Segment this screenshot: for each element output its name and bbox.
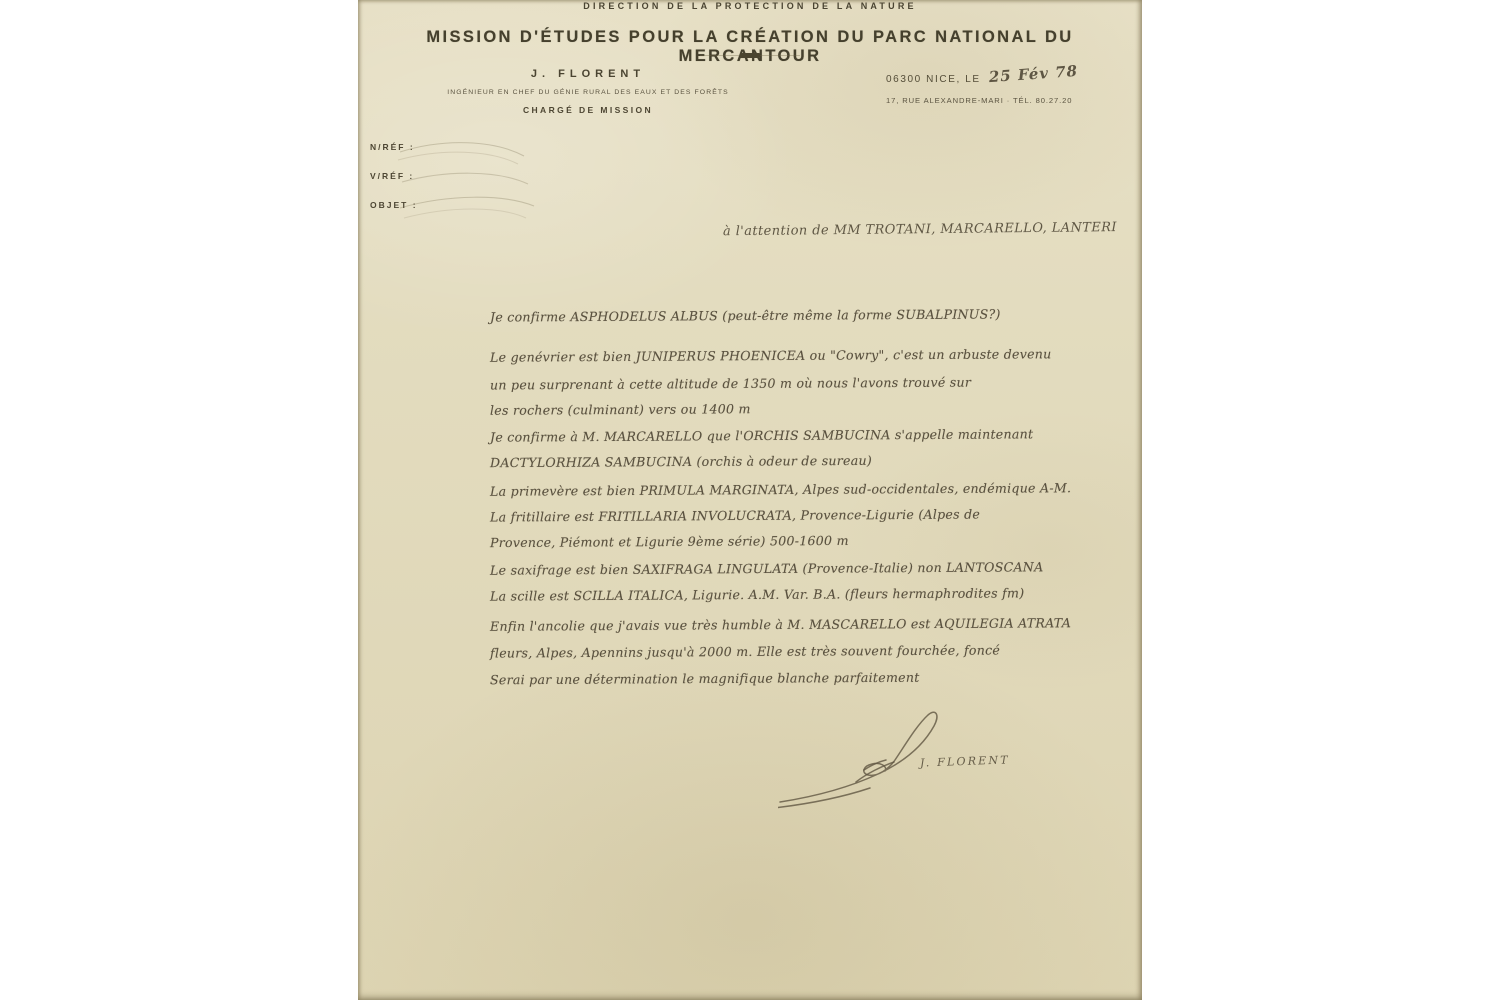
body-line: Je confirme ASPHODELUS ALBUS (peut-être … [490,306,1001,324]
author-name: J. FLORENT [428,68,748,80]
signature-flourish-icon [778,700,1078,810]
body-line: les rochers (culminant) vers ou 1400 m [490,401,751,418]
body-line: La primevère est bien PRIMULA MARGINATA,… [490,480,1071,499]
street-line: 17, RUE ALEXANDRE-MARI · TÉL. 80.27.20 [886,96,1126,105]
title-ornament [700,53,800,58]
author-role: CHARGÉ DE MISSION [428,105,748,115]
body-line: fleurs, Alpes, Apennins jusqu'à 2000 m. … [490,642,1000,660]
body-line: Provence, Piémont et Ligurie 9ème série)… [490,533,849,550]
body-line: DACTYLORHIZA SAMBUCINA (orchis à odeur d… [490,453,872,470]
city-label: 06300 NICE, LE [886,74,981,85]
letterhead-title: MISSION D'ÉTUDES POUR LA CRÉATION DU PAR… [358,28,1142,66]
letter-paper: DIRECTION DE LA PROTECTION DE LA NATURE … [358,0,1142,1000]
body-line: La scille est SCILLA ITALICA, Ligurie. A… [490,585,1024,603]
city-date-line: 06300 NICE, LE25 Fév 78 [886,68,1126,86]
address-block: 06300 NICE, LE25 Fév 78 17, RUE ALEXANDR… [886,68,1126,105]
author-block: J. FLORENT INGÉNIEUR EN CHEF DU GÉNIE RU… [428,68,748,115]
body-line: Le saxifrage est bien SAXIFRAGA LINGULAT… [490,559,1043,577]
body-line: un peu surprenant à cette altitude de 13… [490,375,971,393]
body-line: Je confirme à M. MARCARELLO que l'ORCHIS… [490,426,1033,444]
scanned-letter-page: DIRECTION DE LA PROTECTION DE LA NATURE … [0,0,1500,1000]
body-line: Enfin l'ancolie que j'avais vue très hum… [490,615,1071,634]
body-line: La fritillaire est FRITILLARIA INVOLUCRA… [490,507,980,525]
attention-line: à l'attention de MM TROTANI, MARCARELLO,… [723,220,1153,240]
body-line: Serai par une détermination le magnifiqu… [490,670,920,688]
ornament-dash [740,53,760,58]
author-title-line: INGÉNIEUR EN CHEF DU GÉNIE RURAL DES EAU… [428,89,748,96]
signature-block: J. FLORENT [778,700,1078,810]
paper-crease-marks [394,130,554,230]
body-line: Le genévrier est bien JUNIPERUS PHOENICE… [490,346,1052,364]
ministry-line: DIRECTION DE LA PROTECTION DE LA NATURE [358,1,1142,11]
